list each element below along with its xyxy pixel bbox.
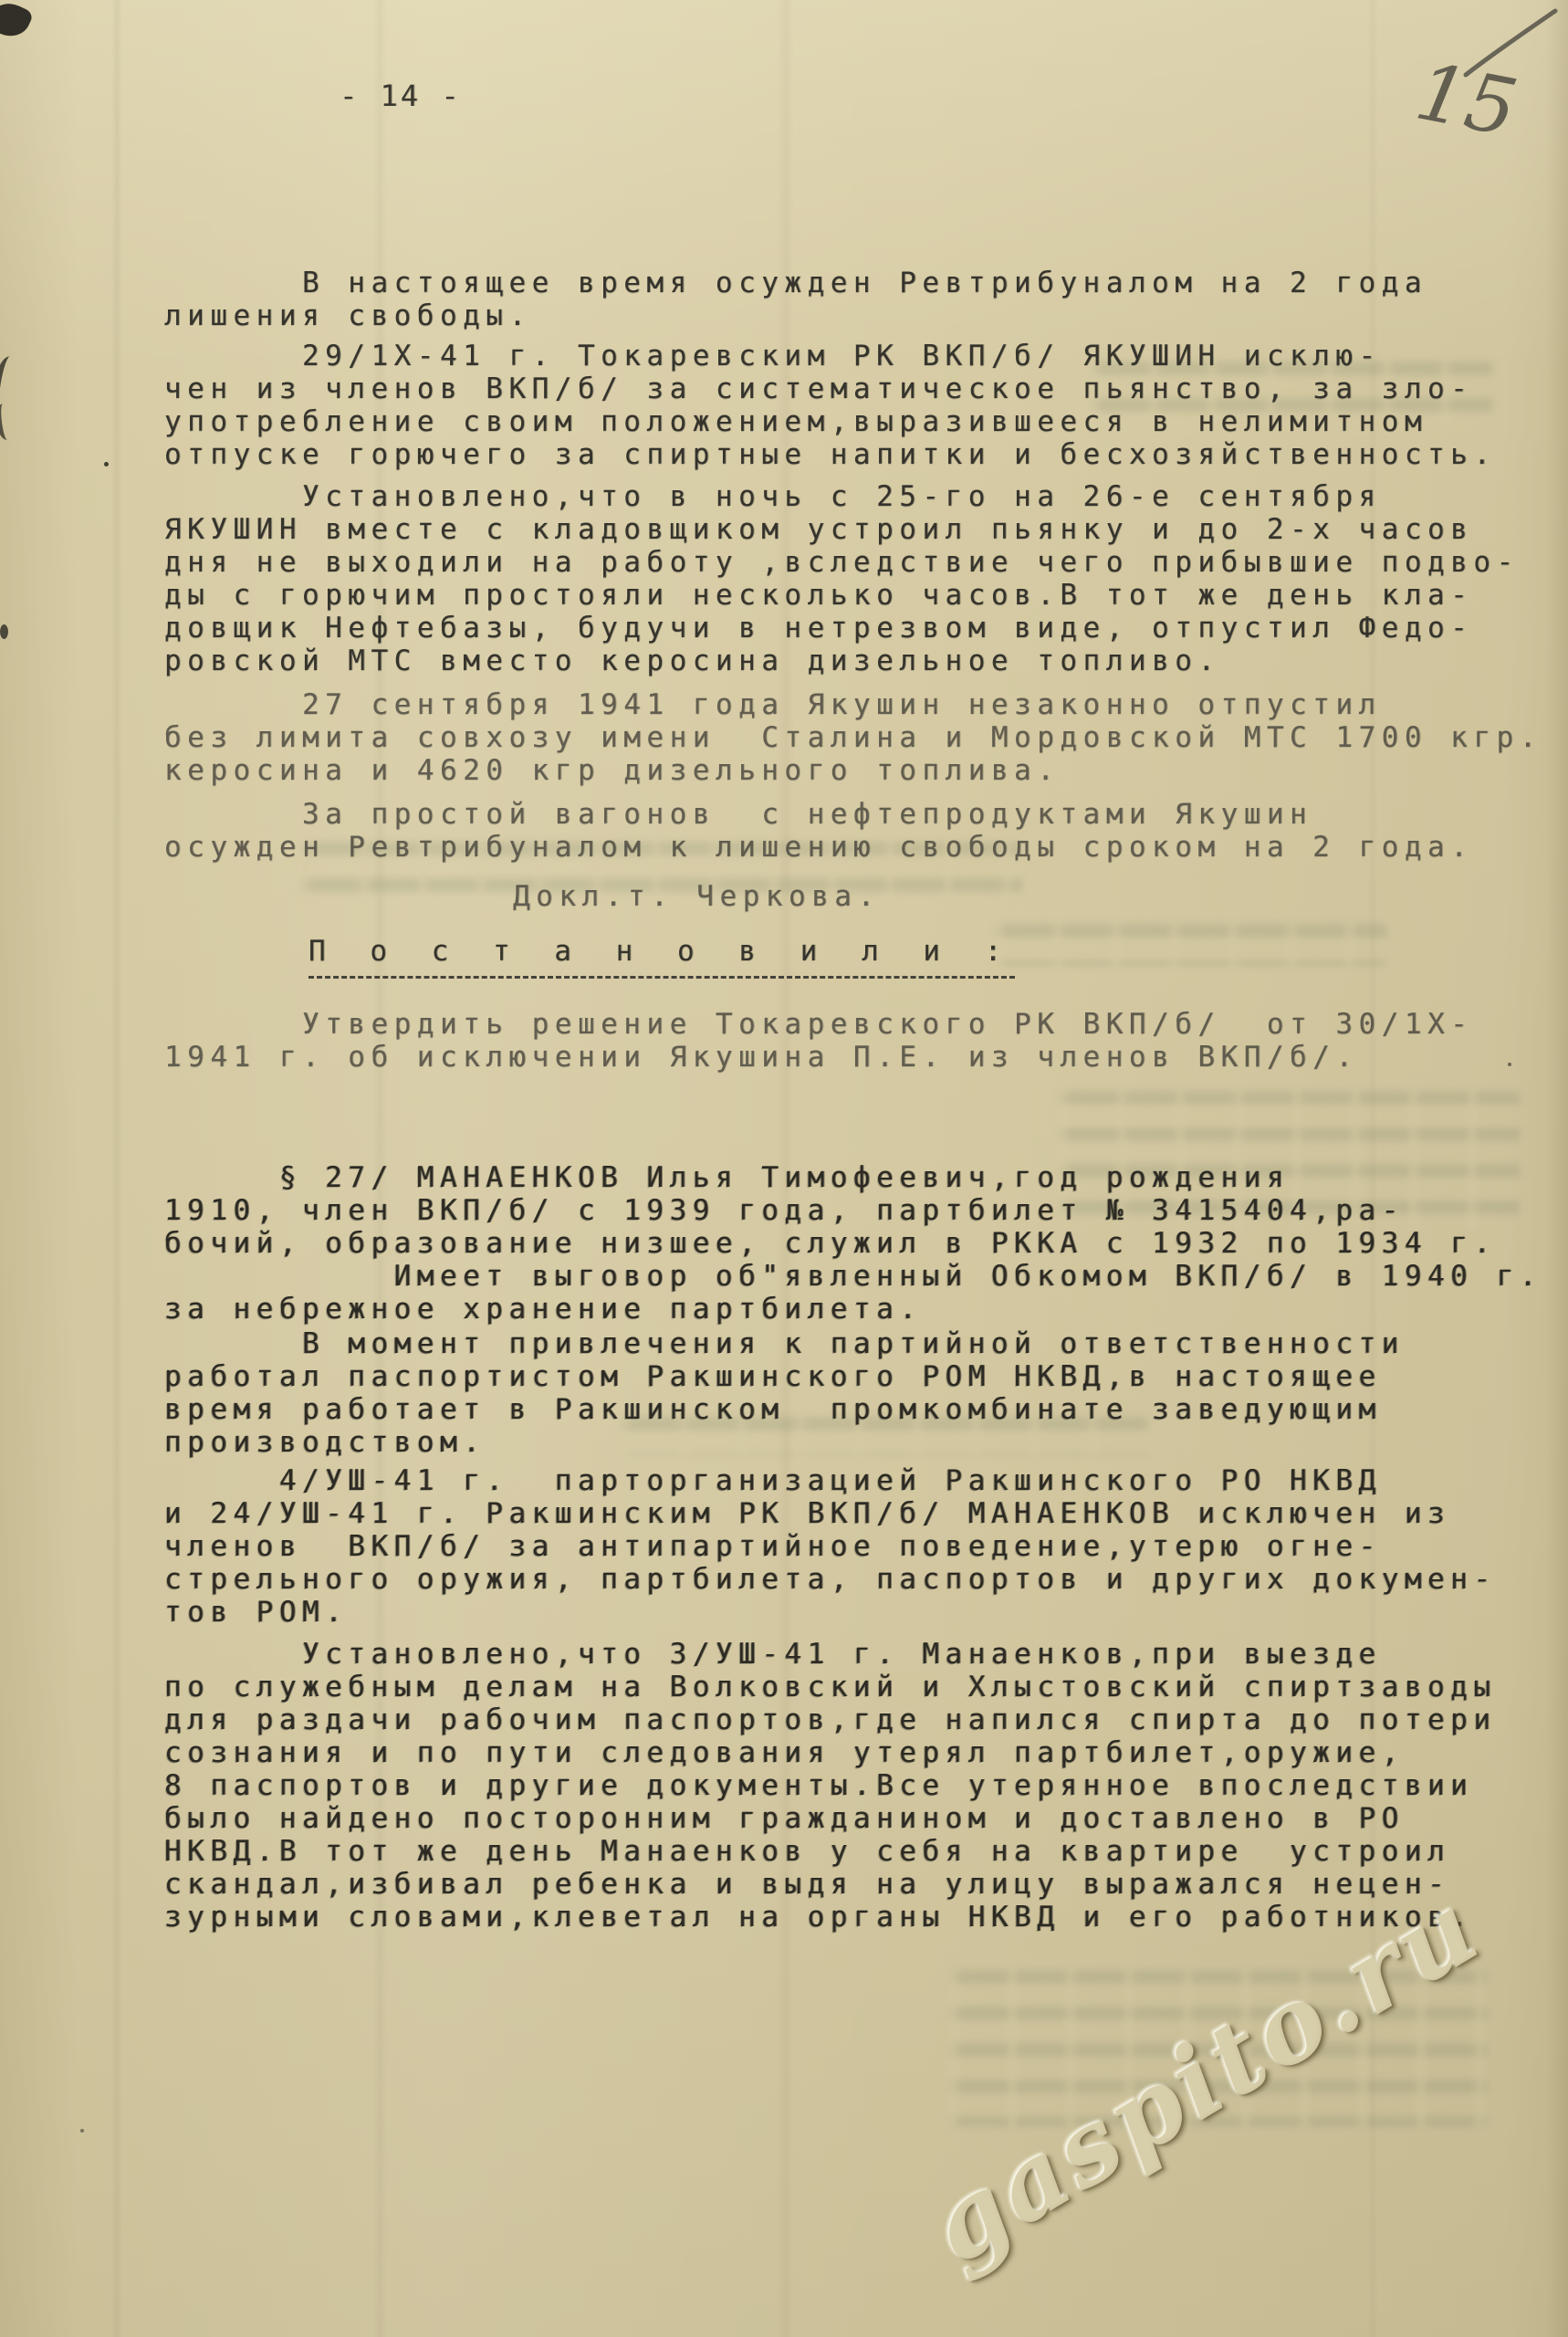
edge-ink-mark	[0, 624, 8, 639]
paper-speck	[80, 2129, 84, 2133]
text-line: производством.	[164, 1426, 1542, 1459]
text-line: дня не выходили на работу ,вследствие че…	[164, 546, 1542, 579]
text-line: тов РОМ.	[164, 1596, 1542, 1629]
paragraph-manaenkov-position: В момент привлечения к партийной ответст…	[164, 1327, 1542, 1459]
paragraph-established-drinking: Установлено,что в ночь с 25-го на 26-е с…	[164, 480, 1542, 677]
text-line: ровской МТС вместо керосина дизельное то…	[164, 645, 1542, 677]
text-line: НКВД.В тот же день Манаенков у себя на к…	[164, 1835, 1542, 1868]
text-line: стрельного оружия, партбилета, паспортов…	[164, 1563, 1542, 1596]
edge-ink-mark	[0, 355, 19, 411]
text-line: по служебным делам на Волковский и Хлыст…	[164, 1671, 1542, 1703]
text-line: сознания и по пути следования утерял пар…	[164, 1736, 1542, 1769]
text-line: 4/УШ-41 г. парторганизацией Ракшинского …	[164, 1464, 1542, 1497]
paragraph-resolved-heading: П о с т а н о в и л и :	[308, 935, 1542, 979]
paragraph-fuel-release: 27 сентября 1941 года Якушин незаконно о…	[164, 688, 1542, 787]
text-line: § 27/ МАНАЕНКОВ Илья Тимофеевич,год рожд…	[164, 1161, 1542, 1194]
text-line: Установлено,что в ночь с 25-го на 26-е с…	[164, 480, 1542, 513]
text-line: для раздачи рабочим паспортов,где напилс…	[164, 1703, 1542, 1736]
text-line: П о с т а н о в и л и :	[308, 935, 1542, 979]
document-page: - 14 - 15 В настоящее время осужден Ревт…	[0, 0, 1568, 2337]
paper-speck	[1508, 1063, 1511, 1066]
text-line: без лимита совхозу имени Сталина и Мордо…	[164, 721, 1542, 754]
text-line: время работает в Ракшинском промкомбинат…	[164, 1393, 1542, 1426]
text-line: Имеет выговор об"явленный Обкомом ВКП/б/…	[164, 1260, 1542, 1293]
paragraph-wagon-delay: За простой вагонов с нефтепродуктами Яку…	[164, 798, 1542, 864]
edge-ink-mark	[0, 0, 35, 43]
pencil-stroke	[1460, 7, 1561, 82]
text-line: скандал,избивал ребенка и выдя на улицу …	[164, 1868, 1542, 1901]
text-line: В настоящее время осужден Ревтрибуналом …	[164, 267, 1542, 299]
document-body: В настоящее время осужден Ревтрибуналом …	[164, 267, 1542, 1934]
text-line: 27 сентября 1941 года Якушин незаконно о…	[164, 688, 1542, 721]
text-line: осужден Ревтрибуналом к лишению свободы …	[164, 831, 1542, 864]
text-line: за небрежное хранение партбилета.	[164, 1293, 1542, 1326]
paragraph-approve-decision: Утвердить решение Токаревского РК ВКП/б/…	[164, 1008, 1542, 1074]
text-line: было найдено посторонним гражданином и д…	[164, 1802, 1542, 1835]
text-line: работал паспортистом Ракшинского РОМ НКВ…	[164, 1360, 1542, 1393]
text-line: употребление своим положением,выразившее…	[164, 405, 1542, 438]
text-line: ЯКУШИН вместе с кладовщиком устроил пьян…	[164, 513, 1542, 546]
text-line: 8 паспортов и другие документы.Все утеря…	[164, 1769, 1542, 1802]
text-line: членов ВКП/б/ за антипартийное поведение…	[164, 1530, 1542, 1563]
typed-page-number: - 14 -	[340, 79, 462, 113]
text-line: ды с горючим простояли несколько часов.В…	[164, 579, 1542, 612]
paragraph-manaenkov-established: Установлено,что 3/УШ-41 г. Манаенков,при…	[164, 1638, 1542, 1934]
paper-edge-shade	[1546, 0, 1568, 2337]
paragraph-manaenkov-intro: § 27/ МАНАЕНКОВ Илья Тимофеевич,год рожд…	[164, 1161, 1542, 1326]
text-line: 1910, член ВКП/б/ с 1939 года, партбилет…	[164, 1194, 1542, 1227]
edge-ink-mark	[0, 403, 16, 441]
text-line: Докл.т. Черкова.	[513, 880, 1542, 913]
paragraph-reporter: Докл.т. Черкова.	[513, 880, 1542, 913]
text-line: довщик Нефтебазы, будучи в нетрезвом вид…	[164, 612, 1542, 645]
text-line: Установлено,что 3/УШ-41 г. Манаенков,при…	[164, 1638, 1542, 1671]
text-line: За простой вагонов с нефтепродуктами Яку…	[164, 798, 1542, 831]
text-line: и 24/УШ-41 г. Ракшинским РК ВКП/б/ МАНАЕ…	[164, 1497, 1542, 1530]
text-line: керосина и 4620 кгр дизельного топлива.	[164, 754, 1542, 787]
text-line: 29/1Х-41 г. Токаревским РК ВКП/б/ ЯКУШИН…	[164, 340, 1542, 372]
text-line: Утвердить решение Токаревского РК ВКП/б/…	[164, 1008, 1542, 1041]
text-line: отпуске горючего за спиртные напитки и б…	[164, 438, 1542, 471]
text-line: бочий, образование низшее, служил в РККА…	[164, 1227, 1542, 1260]
text-line: В момент привлечения к партийной ответст…	[164, 1327, 1542, 1360]
text-line: чен из членов ВКП/б/ за систематическое …	[164, 372, 1542, 405]
paper-speck	[104, 462, 109, 466]
paragraph-manaenkov-exclusion: 4/УШ-41 г. парторганизацией Ракшинского …	[164, 1464, 1542, 1629]
paragraph-exclusion-decision: 29/1Х-41 г. Токаревским РК ВКП/б/ ЯКУШИН…	[164, 340, 1542, 471]
paper-crease	[111, 0, 122, 2337]
text-line: 1941 г. об исключении Якушина П.Е. из чл…	[164, 1041, 1542, 1074]
paragraph-current-sentence: В настоящее время осужден Ревтрибуналом …	[164, 267, 1542, 332]
text-line: лишения свободы.	[164, 299, 1542, 332]
